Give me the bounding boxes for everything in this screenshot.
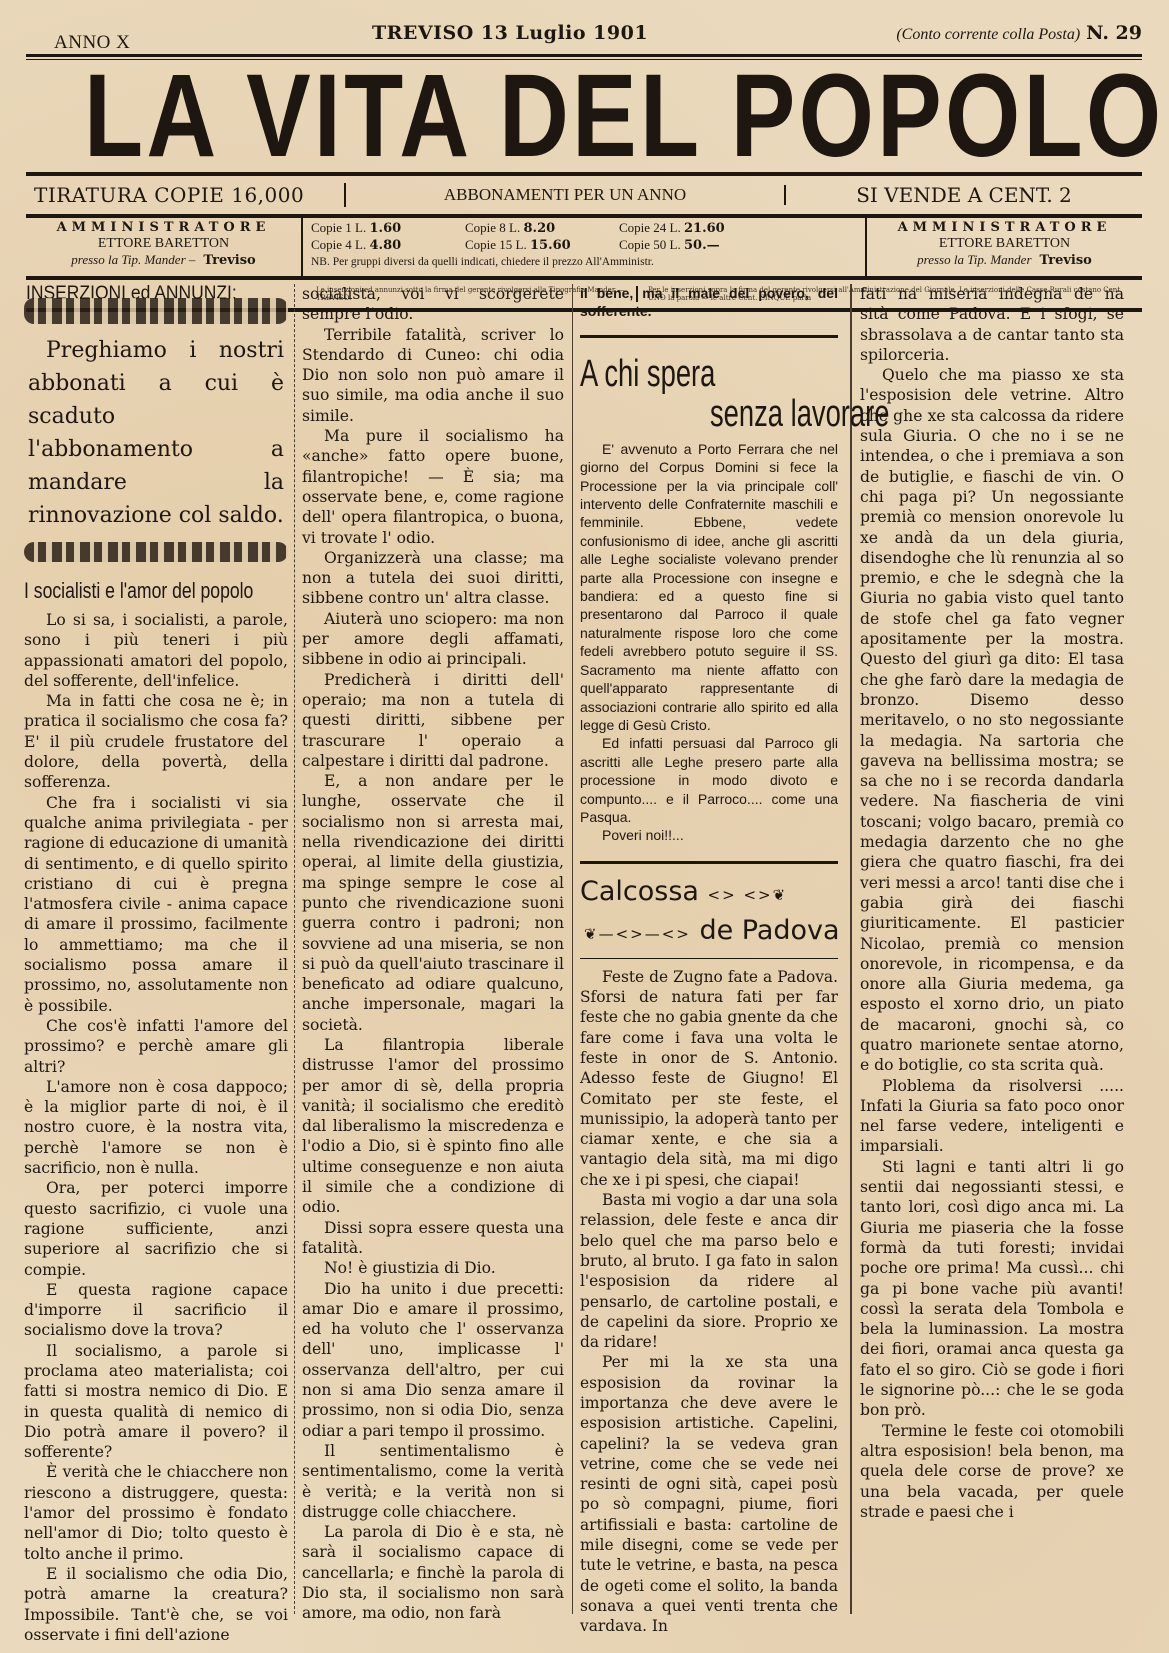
admin-address: presso la Tip. ManderTreviso [867, 252, 1142, 269]
paragraph: È verità che le chiacchere non riescono … [24, 1462, 288, 1563]
admin-title: AMMINISTRATORE [867, 220, 1142, 236]
paragraph: Basta mi vogio a dar una sola relassion,… [580, 1190, 838, 1352]
top-strip: ANNO X TREVISO 13 Luglio 1901 (Conto cor… [26, 14, 1142, 54]
price-cell: Copie 15 L. 15.60 [465, 237, 613, 254]
paragraph: E, a non andare per le lunghe, osservate… [302, 771, 564, 1035]
paragraph: Organizzerà una classe; ma non a tutela … [302, 548, 564, 609]
paragraph: Il socialismo, a parole si proclama ateo… [24, 1341, 288, 1463]
paragraph: E questa ragione capace d'imporre il sac… [24, 1280, 288, 1341]
price-cell: Copie 8 L. 8.20 [465, 220, 613, 237]
administrator-right: AMMINISTRATORE ETTORE BARETTON presso la… [867, 218, 1142, 276]
paragraph: Feste de Zugno fate a Padova. Sforsi de … [580, 967, 838, 1190]
admin-name: ETTORE BARETTON [867, 236, 1142, 252]
issue-number-block: (Conto corrente colla Posta)N. 29 [896, 22, 1142, 44]
paragraph: La filantropia liberale distrusse l'amor… [302, 1035, 564, 1218]
paragraph: Ora, per poterci imporre questo sacrifiz… [24, 1178, 288, 1279]
chain-ornament-top [24, 298, 288, 324]
article-headline: I socialisti e l'amor del popolo [24, 578, 235, 604]
paragraph: fati na miseria indegna de na sità come … [860, 284, 1124, 365]
column-1: Preghiamo i nostri abbonati a cui è scad… [24, 284, 288, 1645]
renewal-notice: Preghiamo i nostri abbonati a cui è scad… [24, 334, 288, 532]
dateline: TREVISO 13 Luglio 1901 [372, 22, 648, 44]
price-table: Copie 1 L. 1.60 Copie 8 L. 8.20 Copie 24… [301, 218, 867, 276]
admin-address: presso la Tip. Mander –Treviso [26, 252, 301, 269]
column-rule [850, 284, 852, 1614]
section-divider [580, 335, 838, 338]
paragraph: Sti lagni e tanti altri li go sentii dai… [860, 1157, 1124, 1421]
paragraph: socialista, voi vi scorgerete sempre l'o… [302, 284, 564, 325]
newspaper-page: ANNO X TREVISO 13 Luglio 1901 (Conto cor… [26, 14, 1142, 312]
section-divider [580, 861, 838, 864]
price-cell: Copie 50 L. 50.— [619, 237, 767, 254]
paragraph: Che fra i socialisti vi sia qualche anim… [24, 793, 288, 1016]
administrator-left: AMMINISTRATORE ETTORE BARETTON presso la… [26, 218, 301, 276]
paragraph: E' avvenuto a Porto Ferrara che nel gior… [580, 440, 838, 735]
ornament-icon: ❦—<>—<> [584, 925, 691, 943]
paragraph: Ma in fatti che cosa ne è; in pratica il… [24, 691, 288, 792]
paragraph: Aiuterà uno sciopero: ma non per amore d… [302, 609, 564, 670]
column-title-line2: ❦—<>—<> de Padova [580, 913, 838, 952]
price-cell: Copie 24 L. 21.60 [619, 220, 767, 237]
paragraph: Ploblema da risolversi ..... Infati la G… [860, 1076, 1124, 1157]
subscriptions-heading: ABBONAMENTI PER UN ANNO [346, 185, 786, 205]
paragraph: Dio ha unito i due precetti: amar Dio e … [302, 1279, 564, 1441]
price-row: Copie 4 L. 4.80 Copie 15 L. 15.60 Copie … [311, 237, 857, 254]
paragraph: Ma pure il socialismo ha «anche» fatto o… [302, 426, 564, 548]
column-2: socialista, voi vi scorgerete sempre l'o… [302, 284, 564, 1624]
admin-title: AMMINISTRATORE [26, 220, 301, 236]
paragraph: Ed infatti persuasi dal Parroco gli ascr… [580, 734, 838, 826]
admin-name: ETTORE BARETTON [26, 236, 301, 252]
article-columns: Preghiamo i nostri abbonati a cui è scad… [24, 284, 1142, 1624]
price-row: Copie 1 L. 1.60 Copie 8 L. 8.20 Copie 24… [311, 220, 857, 237]
column-title-line1: Calcossa <> <>❦ [580, 874, 838, 913]
paragraph: Termine le feste coi otomobili altra esp… [860, 1421, 1124, 1522]
paragraph: Lo si sa, i socialisti, a parole, sono i… [24, 610, 288, 691]
circulation: TIRATURA COPIE 16,000 [26, 183, 346, 207]
column-rule [294, 284, 295, 1614]
price-note: NB. Per gruppi diversi da quelli indicat… [311, 254, 857, 270]
paragraph: E il socialismo che odia Dio, potrà amar… [24, 1564, 288, 1645]
column-4: fati na miseria indegna de na sità come … [860, 284, 1124, 1522]
divider [580, 958, 838, 959]
price-cell: Copie 1 L. 1.60 [311, 220, 459, 237]
paragraph: Dissi sopra essere questa una fatalità. [302, 1218, 564, 1259]
admin-row: AMMINISTRATORE ETTORE BARETTON presso la… [26, 218, 1142, 276]
price-cell: Copie 4 L. 4.80 [311, 237, 459, 254]
paragraph: il bene, ma il male del povero, del soff… [580, 284, 838, 321]
price-heading: SI VENDE A CENT. 2 [786, 183, 1142, 207]
masthead-title: LA VITA DEL POPOLO [84, 60, 952, 172]
article-headline-line2: senza lavorare [710, 394, 802, 434]
paragraph: Quelo che ma piasso xe sta l'esposision … [860, 365, 1124, 1075]
ornament-icon: <> <>❦ [708, 886, 788, 904]
paragraph: Predicherà i diritti dell' operaio; ma n… [302, 670, 564, 771]
column-3: il bene, ma il male del povero, del soff… [580, 284, 838, 1637]
chain-ornament-bottom [24, 542, 288, 562]
postal-note: (Conto corrente colla Posta) [896, 26, 1080, 43]
issue-number: N. 29 [1086, 22, 1142, 44]
paragraph: Per mi la xe sta una esposision da rovin… [580, 1352, 838, 1636]
paragraph: No! è giustizia di Dio. [302, 1258, 564, 1278]
paragraph: Che cos'è infatti l'amore del prossimo? … [24, 1016, 288, 1077]
paragraph: Terribile fatalità, scriver lo Stendardo… [302, 325, 564, 426]
paragraph: Il sentimentalismo è sentimentalismo, co… [302, 1441, 564, 1522]
paragraph: Poveri noi!!... [580, 826, 838, 844]
paragraph: L'amore non è cosa dappoco; è la miglior… [24, 1077, 288, 1178]
article-headline-line1: A chi spera [580, 354, 766, 394]
paragraph: La parola di Dio è e sta, nè sarà il soc… [302, 1522, 564, 1623]
column-rule [572, 284, 573, 1614]
